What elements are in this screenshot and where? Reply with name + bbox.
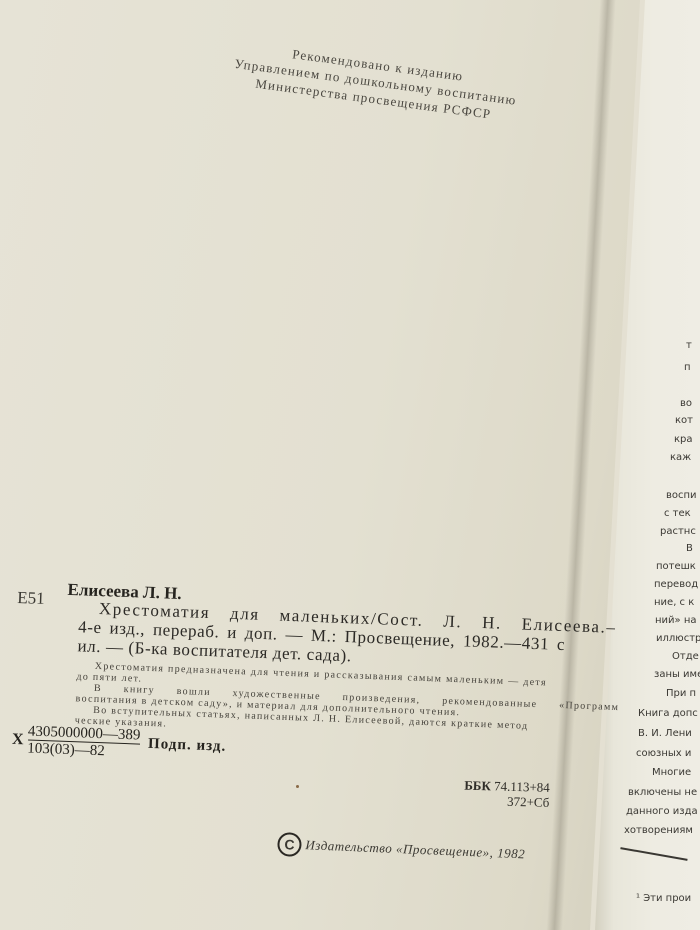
right-text-fragment: хотворениям bbox=[624, 825, 693, 836]
bbk-label: ББК bbox=[464, 778, 491, 794]
right-text-fragment: Многие bbox=[652, 767, 691, 778]
catalog-code: Е51 bbox=[17, 588, 45, 609]
footnote-fragment: ¹ Эти прои bbox=[636, 893, 691, 904]
right-text-fragment: во bbox=[680, 398, 692, 409]
right-text-fragment: т bbox=[686, 340, 692, 351]
right-text-fragment: заны имен bbox=[654, 669, 700, 680]
right-text-fragment: При п bbox=[666, 688, 696, 699]
right-text-fragment: В bbox=[686, 543, 693, 554]
copyright-icon: C bbox=[277, 832, 302, 857]
right-text-fragment: ние, с к bbox=[654, 597, 694, 608]
right-page-text: т п во кот кра каж воспи с тек растнс В … bbox=[600, 330, 700, 930]
right-text-fragment: ний» на bbox=[655, 615, 697, 626]
right-text-fragment: данного изда bbox=[626, 806, 698, 817]
index-prefix: Х bbox=[12, 730, 24, 748]
right-text-fragment: иллюстри bbox=[656, 633, 700, 644]
publication-index: Х 4305000000—389 103(03)—82 Подп. изд. bbox=[12, 724, 227, 763]
subscription-note: Подп. изд. bbox=[148, 736, 227, 756]
right-text-fragment: Отде bbox=[672, 651, 699, 662]
copyright-text: Издательство «Просвещение», 1982 bbox=[305, 837, 525, 862]
right-text-fragment: воспи bbox=[666, 490, 697, 501]
right-text-fragment: союзных и bbox=[636, 748, 691, 759]
footnote-rule bbox=[620, 847, 687, 860]
paper-speck bbox=[296, 785, 299, 788]
right-text-fragment: Книга допс bbox=[638, 708, 698, 719]
right-text-fragment: перевод bbox=[654, 579, 698, 590]
right-text-fragment: с тек bbox=[664, 508, 691, 519]
right-text-fragment: кот bbox=[675, 415, 693, 426]
right-text-fragment: потешк bbox=[656, 561, 696, 572]
right-text-fragment: кра bbox=[674, 434, 693, 445]
right-text-fragment: включены не bbox=[628, 787, 697, 798]
right-text-fragment: п bbox=[684, 362, 691, 373]
bbk-classification: ББК 74.113+84 372+Сб bbox=[439, 777, 550, 810]
right-text-fragment: растнс bbox=[660, 526, 696, 537]
bbk-value: 74.113+84 bbox=[494, 778, 550, 794]
right-text-fragment: каж bbox=[670, 452, 691, 463]
index-fraction: 4305000000—389 103(03)—82 bbox=[27, 724, 141, 759]
index-denominator: 103(03)—82 bbox=[27, 740, 140, 759]
secondary-classification: 372+Сб bbox=[439, 792, 549, 810]
right-text-fragment: В. И. Лени bbox=[638, 728, 692, 739]
